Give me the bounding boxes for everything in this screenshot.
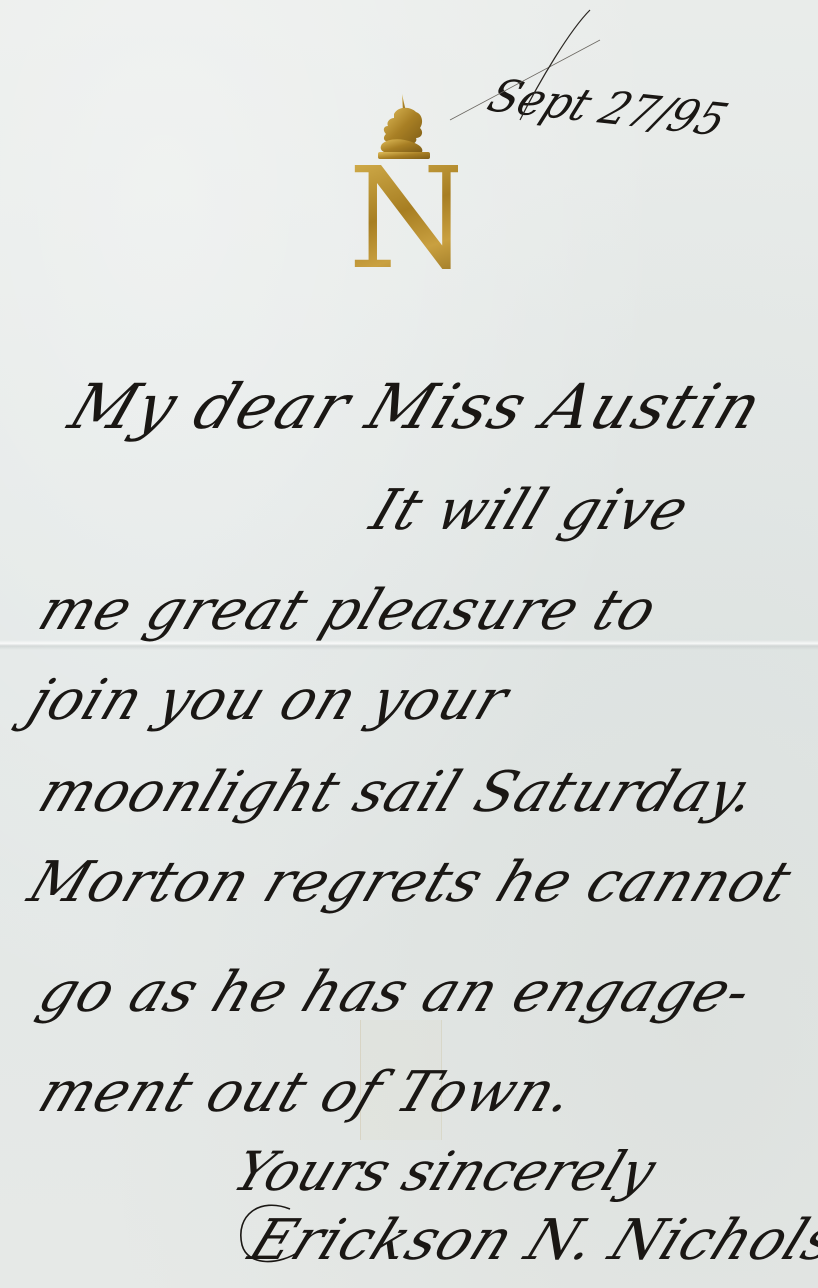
letter-date: Sept 27/95 — [480, 70, 735, 146]
letterhead-monogram: N — [348, 150, 458, 290]
body-line-1: It will give — [362, 478, 698, 543]
letter-page: N Sept 27/95 My dear Miss Austin It will… — [0, 0, 818, 1288]
body-line-2: me great pleasure to — [30, 578, 666, 643]
body-line-6: go as he has an engage- — [30, 960, 761, 1025]
letter-signature: Erickson N. Nichols — [240, 1208, 818, 1273]
letter-salutation: My dear Miss Austin — [60, 370, 773, 443]
body-line-5: Morton regrets he cannot — [20, 850, 800, 915]
body-line-7: ment out of Town. — [30, 1060, 584, 1125]
body-line-4: moonlight sail Saturday. — [30, 760, 766, 825]
body-line-3: join you on your — [20, 668, 518, 733]
letter-closing: Yours sincerely — [225, 1140, 664, 1203]
